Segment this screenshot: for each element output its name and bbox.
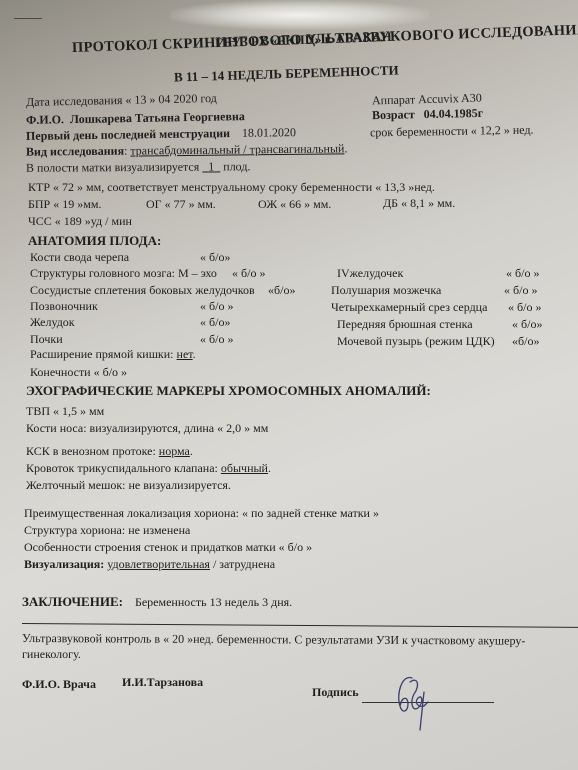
ksk-value: норма [159,444,190,458]
tvp-line: ТВП « 1,5 » мм [26,404,104,419]
anatomy-item-value: « б/о» [200,250,230,265]
anatomy-item-label: Мочевой пузырь (режим ЦДК) [337,334,495,349]
exam-type-label: Вид исследования [26,144,124,159]
ktr-line: КТР « 72 » мм, соответствует менструальн… [28,180,435,195]
anatomy-item-label: Передняя брюшная стенка [337,317,473,332]
ksk-label: КСК в венозном протоке: [26,444,156,458]
rectum-label: Расширение прямой кишки: [30,347,174,361]
patient-name: Ф.И.О. Лошкарева Татьяна Георгиевна [26,109,245,128]
ksk-line: КСК в венозном протоке: норма. [26,444,193,459]
fetus-count-label: В полости матки визуализируется [26,160,199,175]
tricuspid-label: Кровоток трикуспидального клапана: [26,461,218,475]
lmp-label: Первый день последней менструации [26,126,230,143]
divider-line [22,623,578,628]
age-value: 04.04.1985г [424,106,484,121]
corner-mark [14,18,42,19]
exam-date-value: « 13 » 04 2020 год [125,91,217,107]
visualization-line: Визуализация: удовлетворительная / затру… [24,557,275,572]
lmp: Первый день последней менструации 18.01.… [26,125,296,144]
document-subtitle: В 11 – 14 НЕДЕЛЬ БЕРЕМЕННОСТИ [174,62,399,85]
exam-type-value: трансабдоминальный / трансвагинальный [130,141,344,157]
control-line-2: гинекологу. [22,647,81,662]
anatomy-item-label: Позвоночник [30,299,98,314]
fetus-count-suffix: плод. [223,159,250,173]
patient-name-value: Лошкарева Татьяна Георгиевна [70,109,245,126]
anatomy-item-value: «б/о» [268,283,295,298]
heart-rate: ЧСС « 189 »уд / мин [28,214,132,229]
anatomy-item-value: « б/о » [200,332,233,347]
chorion-location: Преимущественная локализация хориона: « … [24,506,379,521]
db-value: ДБ « 8,1 » мм. [383,196,455,211]
uterus-walls: Особенности строения стенок и придатков … [24,540,312,555]
anatomy-item-label: Почки [30,332,63,347]
exam-date: Дата исследования « 13 » 04 2020 год [26,91,217,110]
anatomy-item-value: « б/о » [506,266,539,281]
ozh-value: ОЖ « 66 » мм. [258,197,331,212]
anatomy-item-value: « б/о » [200,299,233,314]
tricuspid-value: обычный [221,461,268,475]
lmp-value: 18.01.2020 [242,125,296,140]
fetus-count-value: 1 [202,159,220,173]
visualization-alt: / затруднена [213,557,275,571]
light-glare [170,0,430,30]
conclusion-label: ЗАКЛЮЧЕНИЕ: [22,594,123,609]
anatomy-heading: АНАТОМИЯ ПЛОДА: [28,233,161,249]
age: Возраст 04.04.1985г [372,106,483,123]
nasal-bone-line: Кости носа: визуализируются, длина « 2,0… [26,421,268,436]
anatomy-item-value: « б/о » [508,300,541,315]
doctor-name: И.И.Тарзанова [122,675,203,690]
conclusion-line: ЗАКЛЮЧЕНИЕ: Беременность 13 недель 3 дня… [22,594,292,610]
visualization-value: удовлетворительная [107,557,210,571]
anatomy-item-label: Полушария мозжечка [331,283,441,298]
bpr-value: БПР « 19 »мм. [28,197,101,212]
rectum-line: Расширение прямой кишки: нет. [30,347,196,362]
anatomy-item-value: « б/о» [512,317,542,332]
signature-icon [388,672,448,732]
anatomy-item-label: Четырехкамерный срез сердца [331,300,487,315]
conclusion-text: Беременность 13 недель 3 дня. [135,595,292,609]
anatomy-item-label: Структуры головного мозга: М – эхо [30,266,217,281]
fetus-count-line: В полости матки визуализируется 1 плод. [26,159,251,176]
anatomy-item-label: Кости свода черепа [30,250,129,265]
rectum-value: нет [177,347,193,361]
anatomy-item-value: « б/о » [232,266,265,281]
anatomy-item-value: « б/о » [504,283,537,298]
chorion-structure: Структура хориона: не изменена [24,523,190,538]
patient-name-label: Ф.И.О. [26,112,64,127]
age-label: Возраст [372,107,415,122]
og-value: ОГ « 77 » мм. [146,197,216,212]
anatomy-item-label: Желудок [30,315,75,330]
tricuspid-line: Кровоток трикуспидального клапана: обычн… [26,461,271,476]
limbs-line: Конечности « б/о » [30,365,127,380]
anatomy-item-value: «б/о» [512,334,539,349]
exam-date-label: Дата исследования [26,93,123,109]
markers-heading: ЭХОГРАФИЧЕСКИЕ МАРКЕРЫ ХРОМОСОМНЫХ АНОМА… [26,383,431,399]
visualization-label: Визуализация: [24,557,104,571]
exam-type: Вид исследования: трансабдоминальный / т… [26,141,348,159]
control-line-1: Ультразвуковой контроль в « 20 »нед. бер… [22,631,525,649]
anatomy-item-label: IVжелудочек [337,266,403,281]
anatomy-item-label: Сосудистые сплетения боковых желудочков [30,283,255,298]
anatomy-item-value: « б/о» [200,315,230,330]
pregnancy-term: срок беременности « 12,2 » нед. [370,123,534,141]
yolk-sac-line: Желточный мешок: не визуализируется. [26,478,231,493]
signature-label: Подпись [312,685,359,700]
doctor-label: Ф.И.О. Врача [22,677,96,692]
